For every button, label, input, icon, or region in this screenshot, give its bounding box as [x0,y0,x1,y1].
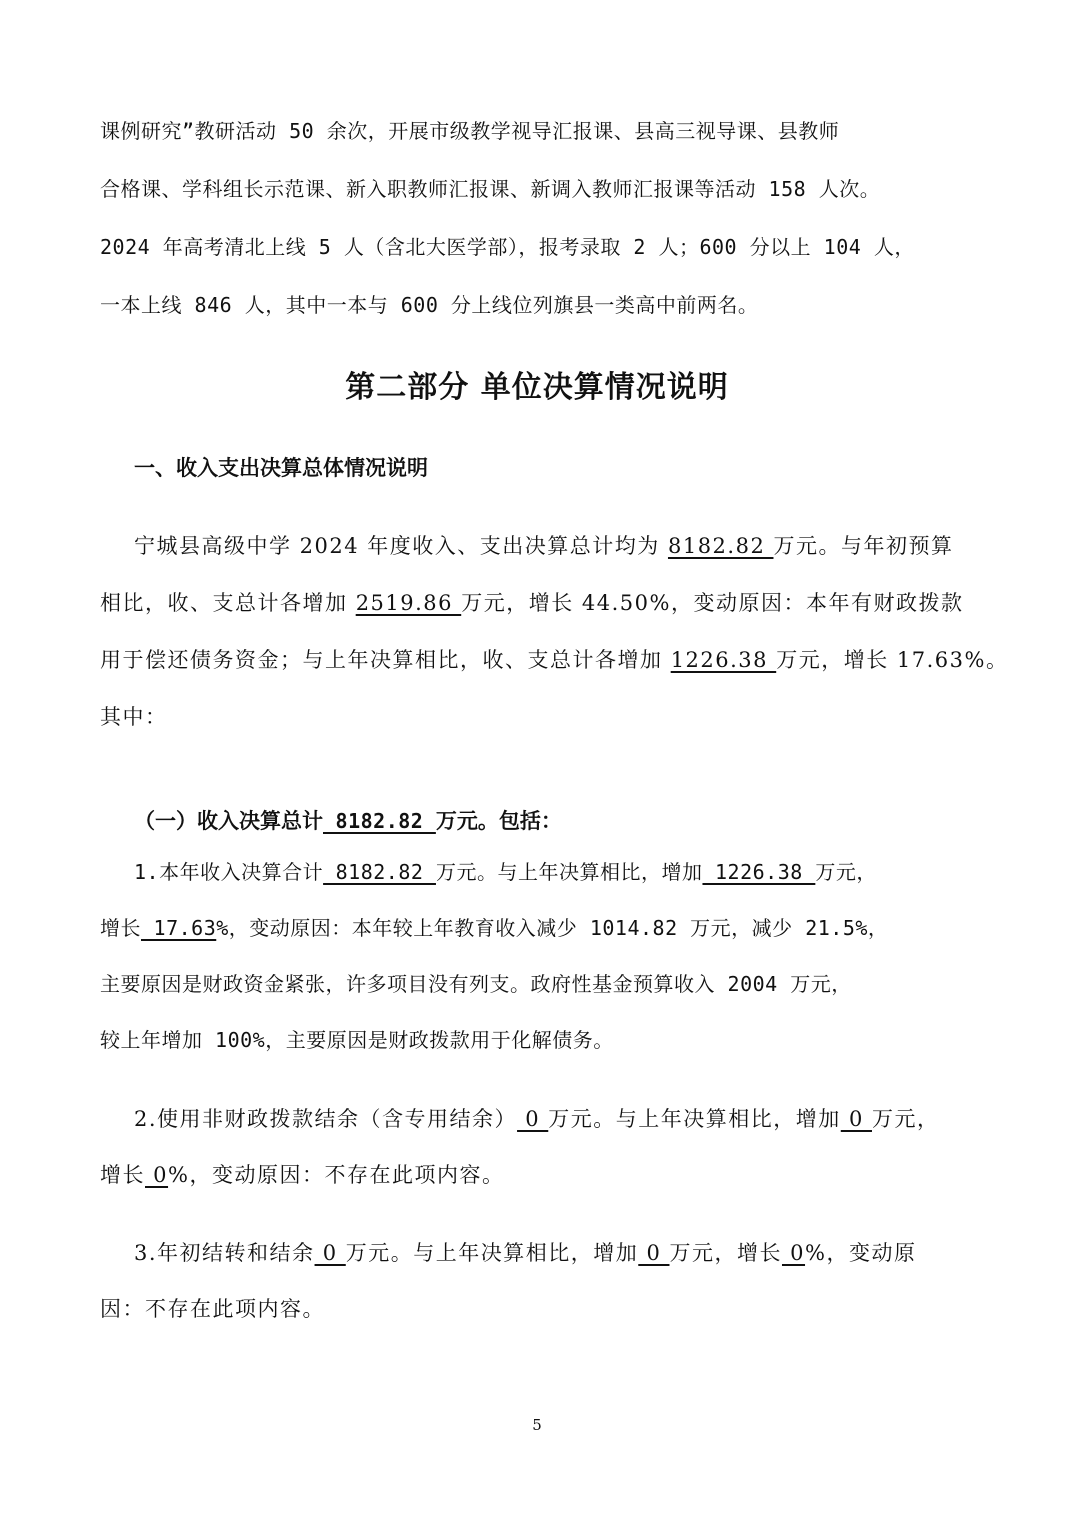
item1-growth-value: 17.63 [141,916,216,940]
item1-text: 万元， [815,860,877,884]
item1-text: %，变动原因：本年较上年教育收入减少 1014.82 万元，减少 21.5%， [216,916,888,940]
item2-increase-value: 0 [841,1107,872,1131]
item1-line-4: 较上年增加 100%，主要原因是财政拨款用于化解债务。 [100,1025,976,1055]
item1-line-2: 增长 17.63%，变动原因：本年较上年教育收入减少 1014.82 万元，减少… [100,913,976,943]
income-total-value: 8182.82 [323,809,436,833]
summary-line-4: 其中： [100,702,976,732]
section-title: 一、收入支出决算总体情况说明 [134,452,428,482]
summary-text: 用于偿还债务资金；与上年决算相比，收、支总计各增加 [100,648,671,672]
item2-text: 增长 [100,1163,145,1187]
subsection-title: （一）收入决算总计 8182.82 万元。包括： [134,805,562,835]
item2-line-2: 增长 0%，变动原因：不存在此项内容。 [100,1160,976,1190]
item3-line-2: 因：不存在此项内容。 [100,1294,976,1324]
summary-line-3: 用于偿还债务资金；与上年决算相比，收、支总计各增加 1226.38 万元，增长 … [100,645,976,675]
item1-text: 增长 [100,916,141,940]
total-value: 8182.82 [668,534,774,558]
item3-text: 万元，增长 [669,1241,782,1265]
item3-increase-value: 0 [638,1241,669,1265]
item1-income-value: 8182.82 [323,860,436,884]
page-number: 5 [0,1416,1074,1434]
item3-line-1: 3.年初结转和结余 0 万元。与上年决算相比，增加 0 万元，增长 0%，变动原 [134,1238,976,1268]
part-title: 第二部分 单位决算情况说明 [0,362,1074,406]
item3-text: 万元。与上年决算相比，增加 [346,1241,639,1265]
item2-value: 0 [517,1107,548,1131]
yoy-increase-value: 1226.38 [671,648,777,672]
item2-text: 万元。与上年决算相比，增加 [548,1107,841,1131]
intro-line-3: 2024 年高考清北上线 5 人（含北大医学部），报考录取 2 人；600 分以… [100,232,976,262]
subsection-text: （一）收入决算总计 [134,809,323,833]
item2-line-1: 2.使用非财政拨款结余（含专用结余） 0 万元。与上年决算相比，增加 0 万元， [134,1104,976,1134]
item1-text: 1.本年收入决算合计 [134,860,323,884]
summary-text: 万元，增长 17.63%。 [776,648,1008,672]
item1-line-1: 1.本年收入决算合计 8182.82 万元。与上年决算相比，增加 1226.38… [134,857,976,887]
summary-text: 万元。与年初预算 [773,534,953,558]
intro-line-2: 合格课、学科组长示范课、新入职教师汇报课、新调入教师汇报课等活动 158 人次。 [100,174,976,204]
item1-text: 万元。与上年决算相比，增加 [436,860,703,884]
summary-line-1: 宁城县高级中学 2024 年度收入、支出决算总计均为 8182.82 万元。与年… [134,531,976,561]
subsection-text: 万元。包括： [436,809,562,833]
item1-line-3: 主要原因是财政资金紧张，许多项目没有列支。政府性基金预算收入 2004 万元， [100,969,976,999]
summary-text: 宁城县高级中学 2024 年度收入、支出决算总计均为 [134,534,668,558]
intro-line-4: 一本上线 846 人，其中一本与 600 分上线位列旗县一类高中前两名。 [100,290,976,320]
intro-line-1: 课例研究”教研活动 50 余次，开展市级教学视导汇报课、县高三视导课、县教师 [100,116,976,146]
budget-increase-value: 2519.86 [356,591,462,615]
summary-text: 万元，增长 44.50%，变动原因：本年有财政拨款 [461,591,963,615]
item2-text: %，变动原因：不存在此项内容。 [168,1163,504,1187]
document-page: 课例研究”教研活动 50 余次，开展市级教学视导汇报课、县高三视导课、县教师 合… [0,0,1074,1520]
item3-text: 3.年初结转和结余 [134,1241,315,1265]
item3-growth-value: 0 [782,1241,805,1265]
summary-line-2: 相比，收、支总计各增加 2519.86 万元，增长 44.50%，变动原因：本年… [100,588,976,618]
item2-text: 2.使用非财政拨款结余（含专用结余） [134,1107,517,1131]
item1-increase-value: 1226.38 [702,860,815,884]
item2-text: 万元， [872,1107,940,1131]
item3-text: %，变动原 [805,1241,916,1265]
item3-value: 0 [315,1241,346,1265]
summary-text: 相比，收、支总计各增加 [100,591,356,615]
item2-growth-value: 0 [145,1163,168,1187]
